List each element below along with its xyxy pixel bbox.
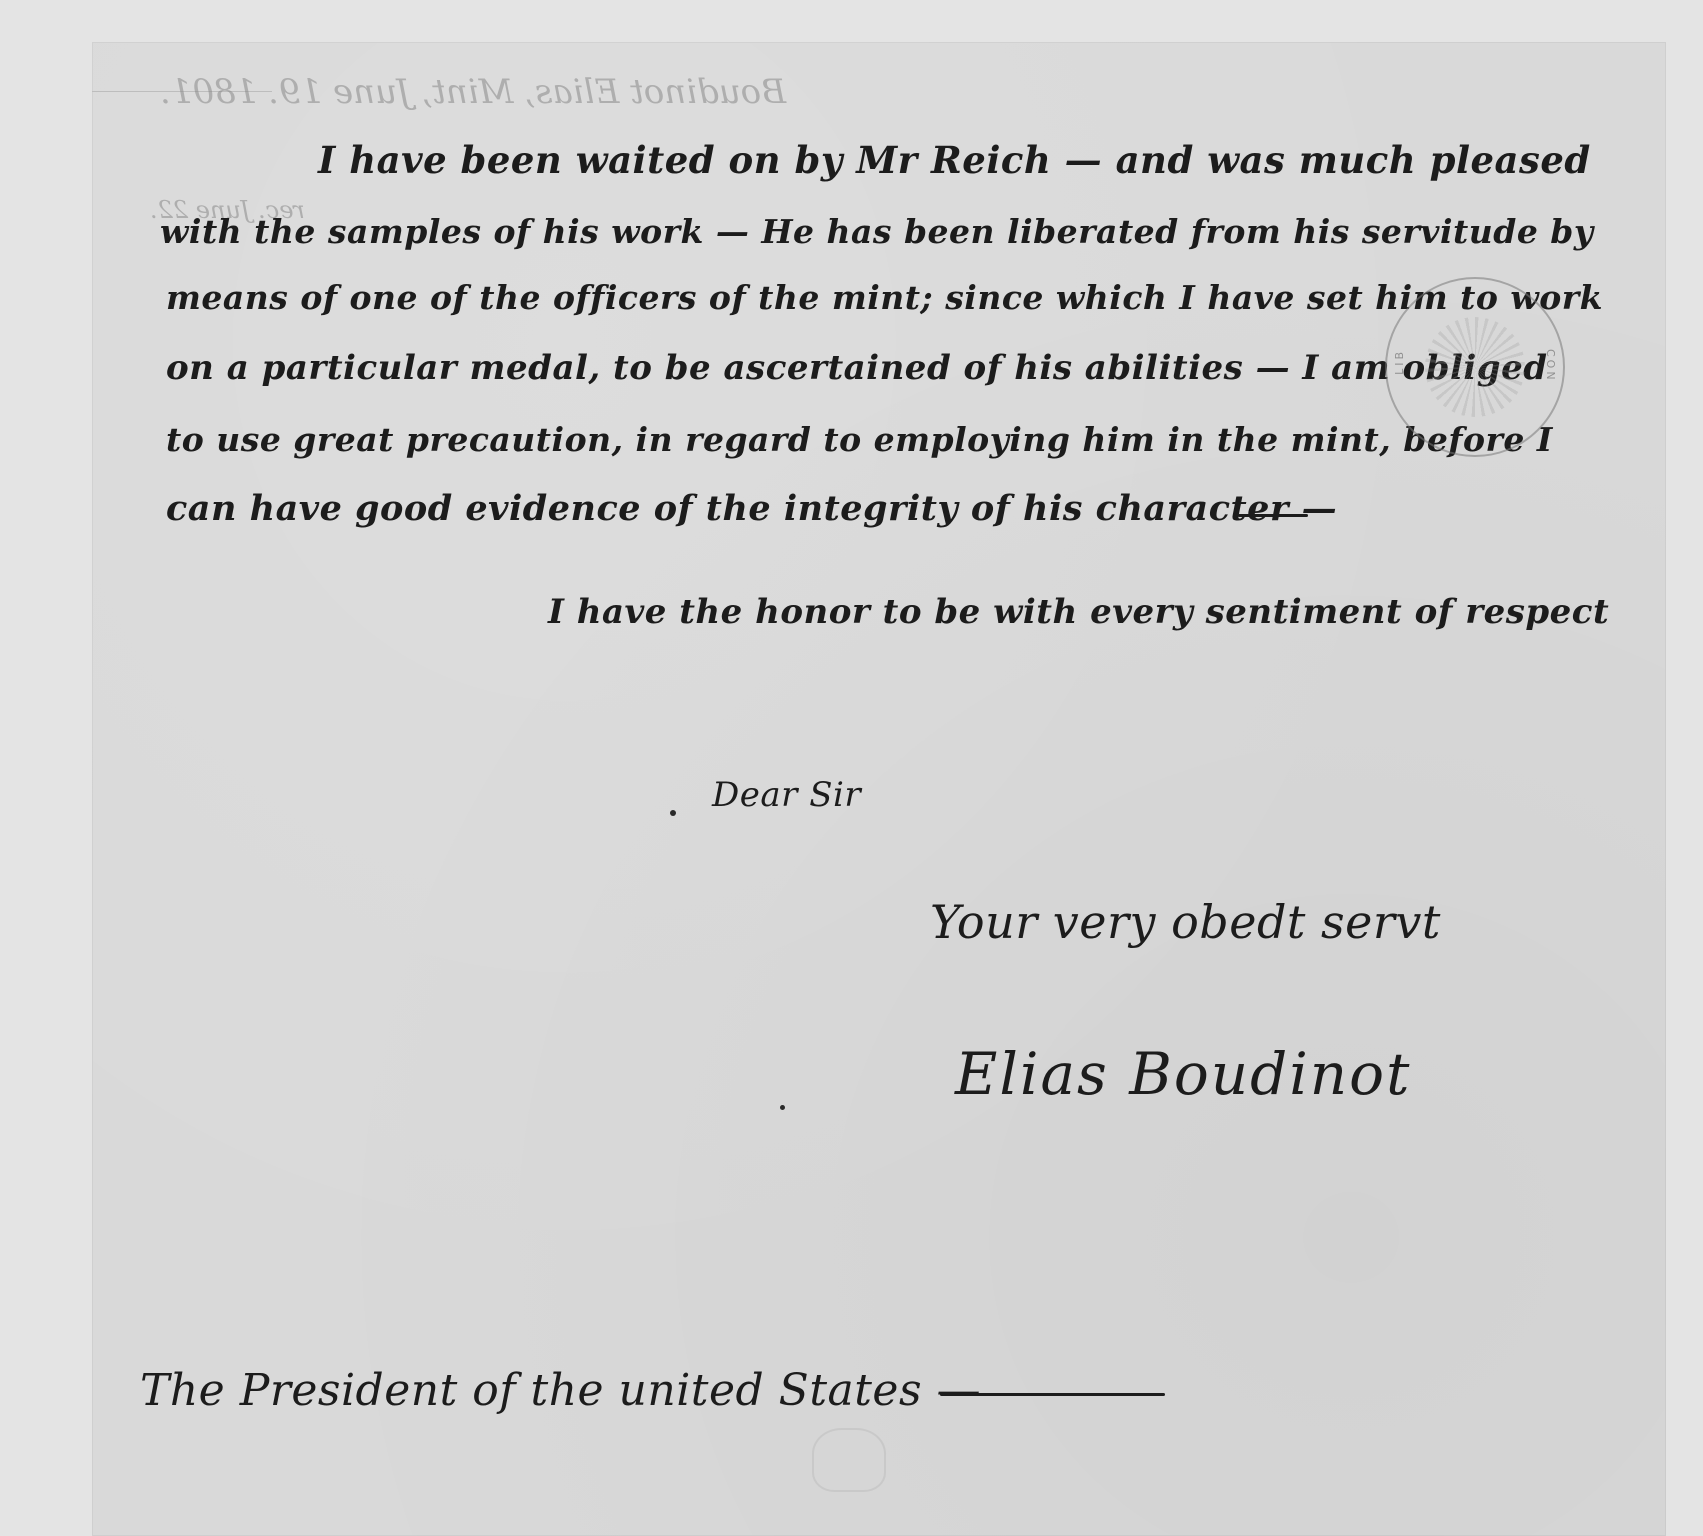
- stamp-text-left: LIB: [1393, 349, 1406, 375]
- paper-smudge: [812, 1428, 886, 1492]
- closing-line: Your very obedt servt: [930, 895, 1441, 949]
- signature: Elias Boudinot: [955, 1040, 1411, 1108]
- body-line-5: to use great precaution, in regard to em…: [166, 420, 1553, 459]
- stamp-text-right: CON: [1544, 349, 1557, 383]
- closing-dash-line: [1238, 514, 1308, 517]
- valediction: I have the honor to be with every sentim…: [548, 592, 1609, 632]
- body-line-3: means of one of the officers of the mint…: [166, 278, 1603, 317]
- body-line-6: can have good evidence of the integrity …: [166, 488, 1337, 529]
- eagle-emblem-icon: [1425, 317, 1525, 417]
- bleed-through-header: Boudinot Elias, Mint, June 19. 1801.: [160, 72, 786, 112]
- ink-dot-2: [780, 1105, 785, 1110]
- library-stamp: LIB CON: [1385, 277, 1565, 457]
- addressee-line: The President of the united States —: [140, 1365, 981, 1416]
- body-line-4: on a particular medal, to be ascertained…: [166, 348, 1547, 388]
- ink-dot: [670, 810, 676, 816]
- manuscript-page: [92, 42, 1666, 1536]
- salutation: Dear Sir: [712, 775, 861, 815]
- body-line-1: I have been waited on by Mr Reich — and …: [318, 138, 1591, 182]
- body-line-2: with the samples of his work — He has be…: [160, 212, 1594, 251]
- addressee-dash-line: [940, 1393, 1165, 1396]
